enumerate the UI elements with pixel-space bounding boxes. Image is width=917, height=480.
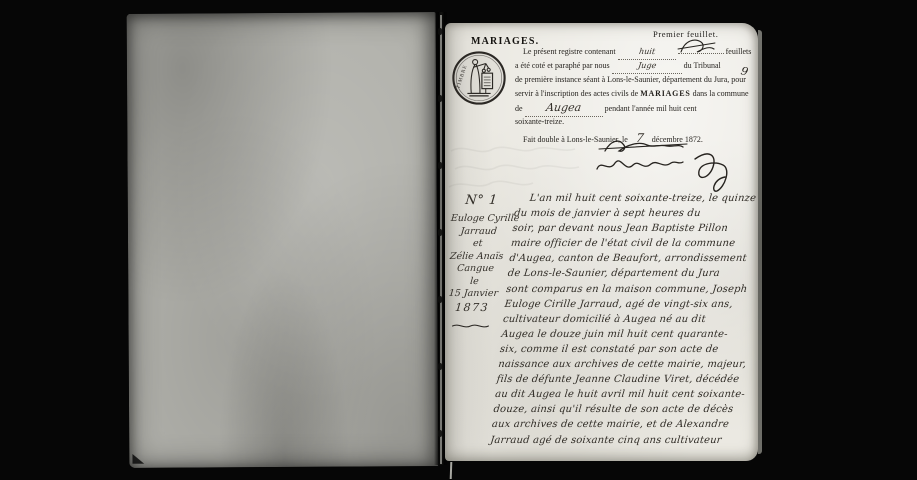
act-margin-annotation: N° 1 Euloge Cyrille Jarraud et Zélie Ana… (441, 193, 511, 333)
fill-blank (678, 53, 724, 54)
binding-thread-tail (450, 462, 453, 479)
act-line: cultivateur domicilié à Augea né au dit (502, 312, 752, 327)
act-line: maire officier de l'état civil de la com… (510, 236, 760, 251)
statement-text: Le présent registre contenant (523, 47, 616, 56)
margin-groom-surname: Jarraud (449, 226, 508, 239)
statement-text: de (515, 104, 523, 113)
statement-line-2: a été coté et paraphé par nous Juge du T… (515, 59, 751, 73)
act-line: douze, ainsi qu'il résulte de son acte d… (493, 402, 743, 417)
statement-text: pendant l'année mil huit cent (605, 104, 697, 113)
margin-date: 15 Janvier (444, 288, 503, 301)
statement-line-5: de Augea pendant l'année mil huit cent (515, 101, 751, 115)
act-line: naissance aux archives de cette mairie, … (497, 357, 747, 372)
act-line: aux archives de cette mairie, et de Alex… (491, 417, 741, 432)
binding-stitch (438, 229, 442, 236)
binding-stitch (438, 296, 442, 303)
register-statement: Le présent registre contenant huit feuil… (515, 45, 751, 145)
statement-mariages-bold: MARIAGES (640, 89, 690, 98)
official-signatures (583, 135, 753, 197)
act-body-text: L'an mil huit cent soixante-treize, le q… (490, 191, 765, 448)
statement-text: soixante-treize. (515, 117, 564, 126)
margin-bride-firstnames: Zélie Anaïs (447, 251, 506, 264)
act-line: de Lons-le-Saunier, département du Jura (507, 266, 757, 281)
right-register-page: Premier feuillet. MARIAGES. TIMBRE Le pr… (445, 23, 758, 461)
act-line: au dit Augea le huit avril mil huit cent… (494, 387, 744, 402)
act-line: Euloge Cirille Jarraud, agé de vingt-six… (504, 297, 754, 312)
statement-text: du Tribunal (684, 61, 721, 70)
act-number: N° 1 (452, 193, 511, 208)
binding-thread (440, 15, 442, 464)
act-line: Jarraud agé de soixante cinq ans cultiva… (490, 433, 740, 448)
margin-et: et (448, 238, 507, 251)
act-line: d'Augea, canton de Beaufort, arrondissem… (509, 251, 759, 266)
margin-le: le (445, 276, 504, 289)
act-line: L'an mil huit cent soixante-treize, le q… (515, 191, 765, 206)
act-line: fils de défunte Jeanne Claudine Viret, d… (496, 372, 746, 387)
margin-bride-surname: Cangue (446, 263, 505, 276)
statement-line-1: Le présent registre contenant huit feuil… (515, 45, 751, 59)
statement-text: a été coté et paraphé par nous (515, 61, 610, 70)
page-corner-damage (132, 454, 144, 464)
statement-line-4: servir à l'inscription des actes civils … (515, 87, 751, 101)
act-line: six, comme il est constaté par son acte … (499, 342, 749, 357)
act-line: sont comparus en la maison commune, Jose… (505, 282, 755, 297)
act-line: Augea le douze juin mil huit cent quaran… (501, 327, 751, 342)
statement-line-6: soixante-treize. (515, 115, 751, 129)
act-line: soir, par devant nous Jean Baptiste Pill… (512, 221, 762, 236)
binding-stitch (438, 363, 442, 370)
margin-groom-firstnames: Euloge Cyrille (450, 213, 509, 226)
margin-flourish (450, 323, 491, 329)
page-stack-fore-edge (758, 30, 762, 454)
statement-text: feuillets (726, 47, 752, 56)
binding-stitch (438, 430, 442, 437)
fill-judge-name: Juge (612, 59, 682, 74)
binding-stitch (438, 28, 442, 35)
left-blank-page (127, 12, 439, 468)
statement-text: de première instance séant à Lons-le-Sau… (515, 75, 746, 84)
statement-text: servir à l'inscription des actes civils … (515, 89, 638, 98)
margin-year: 1873 (443, 302, 502, 315)
statement-text: dans la commune (693, 89, 749, 98)
act-line: du mois de janvier à sept heures du (513, 206, 763, 221)
fill-feuillets-count: huit (618, 45, 676, 60)
binding-stitch (438, 162, 442, 169)
statement-line-3: de première instance séant à Lons-le-Sau… (515, 73, 751, 87)
binding-stitch (438, 95, 442, 102)
timbre-justice-stamp-icon: TIMBRE (450, 49, 508, 107)
